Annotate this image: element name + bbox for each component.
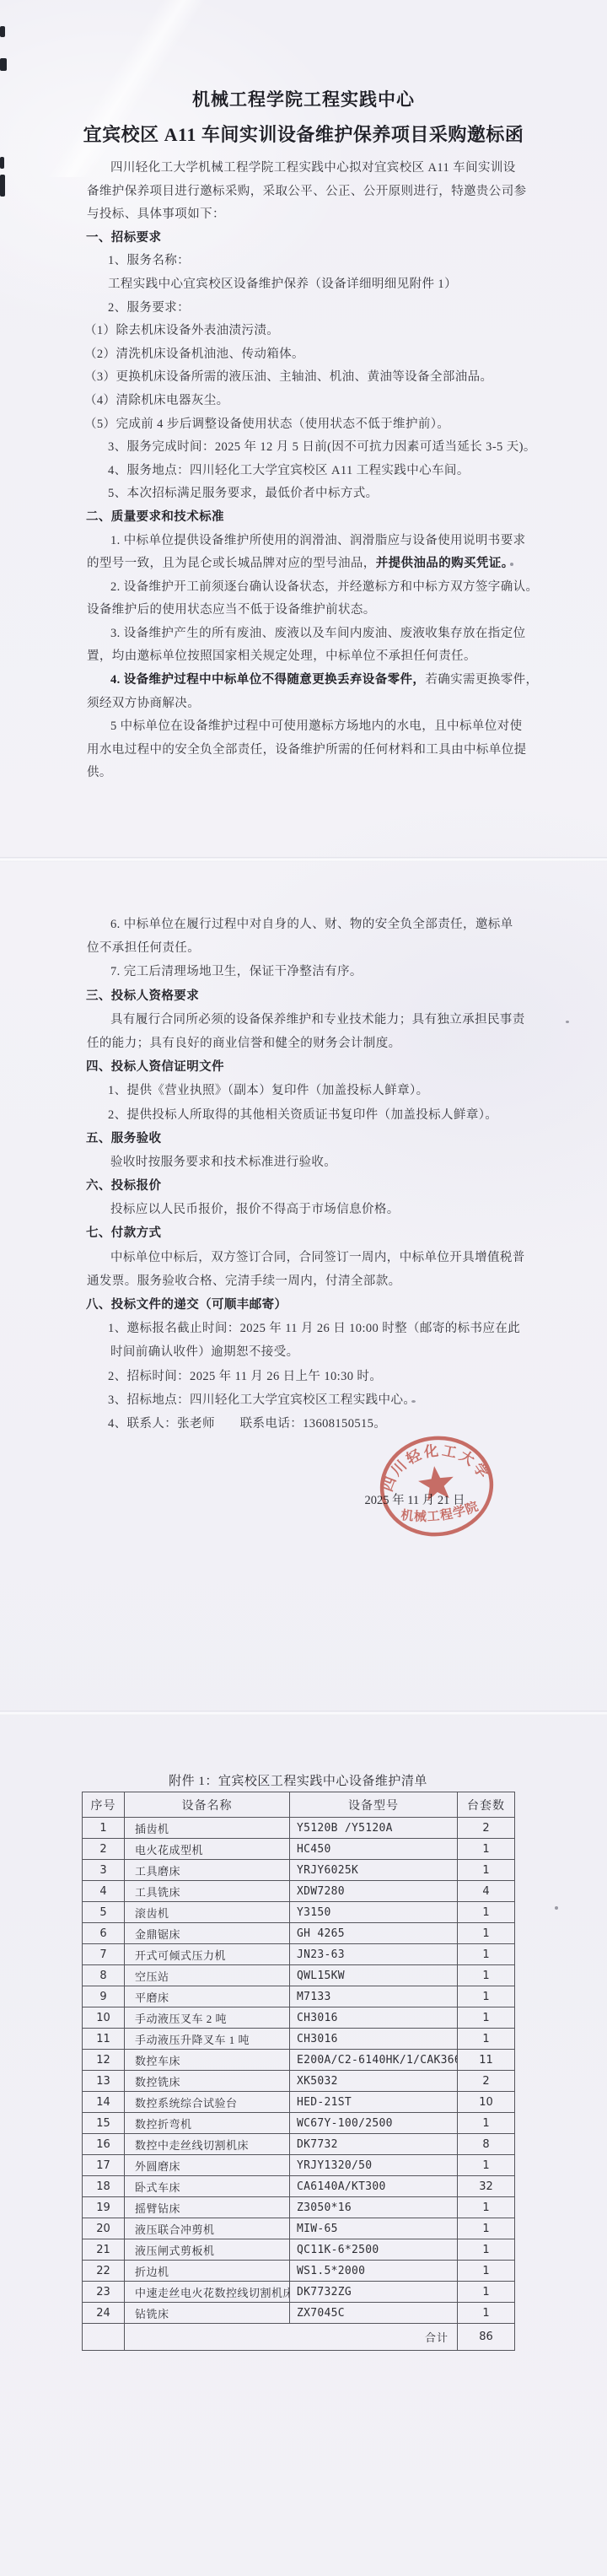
row-index-cell: 15 <box>83 2113 125 2134</box>
doc-text-segment: （2）清洗机床设备机油池、传动箱体。 <box>84 348 304 361</box>
quantity-cell: 1 <box>458 1944 515 1965</box>
equipment-name-cell: 数控系统综合试验台 <box>125 2092 290 2113</box>
quantity-cell: 8 <box>458 2134 515 2155</box>
equipment-name-cell: 摇臂钻床 <box>125 2197 290 2218</box>
doc-text-segment: 若确实需更换零件， <box>425 673 538 687</box>
quantity-cell: 1 <box>458 2218 515 2239</box>
table-row: 17外圆磨床YRJY1320/501 <box>83 2155 515 2176</box>
quantity-cell: 1 <box>458 2282 515 2303</box>
doc-line: 二、质量要求和技术标准 <box>87 506 527 530</box>
document-subtitle: 宜宾校区 A11 车间实训设备维护保养项目采购邀标函 <box>0 121 607 147</box>
total-value-cell: 86 <box>458 2324 515 2351</box>
row-index-cell: 4 <box>83 1881 125 1902</box>
doc-line: 设备维护后的使用状态应当不低于设备维护前状态。 <box>87 599 527 622</box>
document-page-3: 附件 1：宜宾校区工程实践中心设备维护清单 序号设备名称设备型号台套数 1插齿机… <box>0 1716 607 2576</box>
doc-line: 七、付款方式 <box>87 1221 527 1245</box>
doc-line: 3、招标地点：四川轻化工大学宜宾校区工程实践中心。 <box>87 1388 527 1412</box>
scan-speck <box>566 1021 569 1023</box>
doc-line: 四、投标人资信证明文件 <box>87 1055 527 1079</box>
quantity-cell: 1 <box>458 2029 515 2050</box>
doc-line: 用水电过程中的安全负全部责任，设备维护所需的任何材料和工具由中标单位提 <box>87 739 527 763</box>
scan-artifact <box>0 58 7 71</box>
seal-star-icon <box>416 1464 456 1502</box>
table-row: 23中速走丝电火花数控线切割机床DK7732ZG1 <box>83 2282 515 2303</box>
doc-text-segment: （1）除去机床设备外表油渍污渍。 <box>84 324 279 337</box>
equipment-name-cell: 数控铣床 <box>125 2071 290 2092</box>
doc-text-segment: 四川轻化工大学机械工程学院工程实践中心拟对宜宾校区 A11 车间实训设 <box>110 161 516 175</box>
quantity-cell: 1 <box>458 2007 515 2029</box>
doc-line: 5 中标单位在设备维护过程中可使用邀标方场地内的水电，且中标单位对使 <box>87 715 527 739</box>
empty-cell <box>83 2324 125 2351</box>
table-row: 8空压站QWL15KW1 <box>83 1965 515 1986</box>
doc-line: （3）更换机床设备所需的液压油、主轴油、机油、黄油等设备全部油品。 <box>87 366 527 390</box>
quantity-cell: 1 <box>458 1860 515 1881</box>
row-index-cell: 22 <box>83 2261 125 2282</box>
quantity-cell: 1 <box>458 2303 515 2324</box>
equipment-table: 序号设备名称设备型号台套数 1插齿机Y5120B /Y5120A22电火花成型机… <box>82 1792 515 2351</box>
equipment-model-cell: Y5120B /Y5120A <box>290 1818 458 1839</box>
quantity-cell: 2 <box>458 2071 515 2092</box>
equipment-name-cell: 金鼎锯床 <box>125 1923 290 1944</box>
row-index-cell: 12 <box>83 2050 125 2071</box>
doc-text-segment: 验收时按服务要求和技术标准进行验收。 <box>110 1156 336 1169</box>
row-index-cell: 16 <box>83 2134 125 2155</box>
equipment-name-cell: 外圆磨床 <box>125 2155 290 2176</box>
row-index-cell: 2 <box>83 1839 125 1860</box>
doc-text-segment: 须经双方协商解决。 <box>87 697 200 710</box>
document-page-2: 6. 中标单位在履行过程中对自身的人、财、物的安全负全部责任，邀标单位不承担任何… <box>0 862 607 1711</box>
doc-text-segment: 1、服务名称： <box>108 254 190 267</box>
doc-text-segment: 3、服务完成时间：2025 年 12 月 5 日前(因不可抗力因素可适当延长 3… <box>108 440 536 454</box>
equipment-name-cell: 数控折弯机 <box>125 2113 290 2134</box>
doc-text-segment: 1. 中标单位提供设备维护所使用的润滑油、润滑脂应与设备使用说明书要求 <box>110 534 526 547</box>
row-index-cell: 1 <box>83 1818 125 1839</box>
row-index-cell: 11 <box>83 2029 125 2050</box>
scan-speck <box>510 563 513 566</box>
doc-line: 六、投标报价 <box>87 1174 527 1198</box>
doc-text-segment: 与投标、具体事项如下： <box>87 207 225 221</box>
doc-text-segment: 工程实践中心宜宾校区设备维护保养（设备详细明细见附件 1） <box>108 278 457 291</box>
doc-text-segment: 的型号一致，且为昆仑或长城品牌对应的型号油品， <box>87 557 376 570</box>
equipment-model-cell: Z3050*16 <box>290 2197 458 2218</box>
quantity-cell: 1 <box>458 1986 515 2007</box>
doc-text-segment: 5 中标单位在设备维护过程中可使用邀标方场地内的水电，且中标单位对使 <box>110 719 522 733</box>
doc-line: 三、投标人资格要求 <box>87 984 527 1008</box>
doc-line: 4、服务地点：四川轻化工大学宜宾校区 A11 工程实践中心车间。 <box>87 460 527 483</box>
table-row: 16数控中走丝线切割机床DK77328 <box>83 2134 515 2155</box>
equipment-model-cell: GH 4265 <box>290 1923 458 1944</box>
doc-line: 2、服务要求： <box>87 297 527 321</box>
page2-body-text: 6. 中标单位在履行过程中对自身的人、财、物的安全负全部责任，邀标单位不承担任何… <box>87 913 527 1436</box>
row-index-cell: 9 <box>83 1986 125 2007</box>
table-row: 18卧式车床CA6140A/KT30032 <box>83 2176 515 2197</box>
table-row: 11手动液压升降叉车 1 吨CH30161 <box>83 2029 515 2050</box>
row-index-cell: 23 <box>83 2282 125 2303</box>
doc-line: 2. 设备维护开工前须逐台确认设备状态，并经邀标方和中标方双方签字确认。 <box>87 576 527 600</box>
equipment-model-cell: MIW-65 <box>290 2218 458 2239</box>
table-row: 13数控铣床XK50322 <box>83 2071 515 2092</box>
doc-text-segment: 2. 设备维护开工前须逐台确认设备状态，并经邀标方和中标方双方签字确认。 <box>110 580 538 594</box>
table-row: 4工具铣床XDW72804 <box>83 1881 515 1902</box>
table-row: 5滚齿机Y31501 <box>83 1902 515 1923</box>
equipment-model-cell: ZX7045C <box>290 2303 458 2324</box>
equipment-model-cell: DK7732ZG <box>290 2282 458 2303</box>
doc-text-segment: 二、质量要求和技术标准 <box>86 510 224 524</box>
doc-text-segment: 任的能力；具有良好的商业信誉和健全的财务会计制度。 <box>87 1037 401 1050</box>
doc-text-segment: 四、投标人资信证明文件 <box>86 1060 224 1074</box>
equipment-name-cell: 钻铣床 <box>125 2303 290 2324</box>
doc-line: 1、服务名称： <box>87 250 527 273</box>
doc-line: 供。 <box>87 762 527 785</box>
equipment-name-cell: 工具磨床 <box>125 1860 290 1881</box>
doc-line: （5）完成前 4 步后调整设备使用状态（使用状态不低于维护前）。 <box>87 413 527 437</box>
table-header-cell: 台套数 <box>458 1792 515 1818</box>
doc-line: 投标应以人民币报价，报价不得高于市场信息价格。 <box>87 1198 527 1221</box>
table-header-cell: 设备名称 <box>125 1792 290 1818</box>
doc-text-segment: 4、服务地点：四川轻化工大学宜宾校区 A11 工程实践中心车间。 <box>108 464 470 477</box>
doc-line: 五、服务验收 <box>87 1127 527 1151</box>
equipment-model-cell: CH3016 <box>290 2007 458 2029</box>
table-header-row: 序号设备名称设备型号台套数 <box>83 1792 515 1818</box>
table-row: 1插齿机Y5120B /Y5120A2 <box>83 1818 515 1839</box>
row-index-cell: 6 <box>83 1923 125 1944</box>
doc-text-segment: 具有履行合同所必须的设备保养维护和专业技术能力；具有独立承担民事责 <box>110 1013 525 1027</box>
equipment-model-cell: DK7732 <box>290 2134 458 2155</box>
doc-line: 一、招标要求 <box>87 227 527 251</box>
table-row: 6金鼎锯床GH 42651 <box>83 1923 515 1944</box>
equipment-name-cell: 平磨床 <box>125 1986 290 2007</box>
equipment-name-cell: 数控车床 <box>125 2050 290 2071</box>
equipment-model-cell: M7133 <box>290 1986 458 2007</box>
doc-text-segment: 4. 设备维护过程中中标单位不得随意更换丢弃设备零件， <box>110 673 425 687</box>
row-index-cell: 19 <box>83 2197 125 2218</box>
doc-line: 验收时按服务要求和技术标准进行验收。 <box>87 1151 527 1174</box>
doc-line: 通发票。服务验收合格、完清手续一周内，付清全部款。 <box>87 1269 527 1293</box>
doc-line: 3、服务完成时间：2025 年 12 月 5 日前(因不可抗力因素可适当延长 3… <box>87 436 527 460</box>
equipment-model-cell: QC11K-6*2500 <box>290 2239 458 2261</box>
doc-line: 4. 设备维护过程中中标单位不得随意更换丢弃设备零件，若确实需更换零件， <box>87 669 527 693</box>
table-row: 2电火花成型机HC4501 <box>83 1839 515 1860</box>
doc-text-segment: 通发票。服务验收合格、完清手续一周内，付清全部款。 <box>87 1275 401 1288</box>
doc-line: 的型号一致，且为昆仑或长城品牌对应的型号油品，并提供油品的购买凭证。 <box>87 552 527 576</box>
doc-line: 备维护保养项目进行邀标采购，采取公平、公正、公开原则进行，特邀贵公司参 <box>87 181 527 204</box>
doc-text-segment: 六、投标报价 <box>86 1179 161 1193</box>
doc-line: 1、邀标报名截止时间：2025 年 11 月 26 日 10:00 时整（邮寄的… <box>87 1317 527 1340</box>
row-index-cell: 18 <box>83 2176 125 2197</box>
doc-line: 置，均由邀标单位按照国家相关规定处理，中标单位不承担任何责任。 <box>87 645 527 669</box>
attachment-title: 附件 1：宜宾校区工程实践中心设备维护清单 <box>82 1771 514 1789</box>
table-row: 14数控系统综合试验台HED-21ST10 <box>83 2092 515 2113</box>
doc-line: 3. 设备维护产生的所有废油、废液以及车间内废油、废液收集存放在指定位 <box>87 622 527 646</box>
doc-text-segment: 5、本次招标满足服务要求，最低价者中标方式。 <box>108 487 379 500</box>
total-label-cell: 合计 <box>125 2324 458 2351</box>
doc-line: 中标单位中标后，双方签订合同，合同签订一周内，中标单位开具增值税普 <box>87 1246 527 1269</box>
table-header-cell: 设备型号 <box>290 1792 458 1818</box>
table-row: 21液压闸式剪板机QC11K-6*25001 <box>83 2239 515 2261</box>
doc-line: 7. 完工后清理场地卫生，保证干净整洁有序。 <box>87 960 527 984</box>
table-row: 3工具磨床YRJY6025K1 <box>83 1860 515 1881</box>
equipment-name-cell: 手动液压升降叉车 1 吨 <box>125 2029 290 2050</box>
equipment-model-cell: XK5032 <box>290 2071 458 2092</box>
equipment-name-cell: 滚齿机 <box>125 1902 290 1923</box>
row-index-cell: 20 <box>83 2218 125 2239</box>
doc-line: 位不承担任何责任。 <box>87 936 527 960</box>
doc-line: （4）清除机床电器灰尘。 <box>87 390 527 413</box>
doc-line: 工程实践中心宜宾校区设备维护保养（设备详细明细见附件 1） <box>87 273 527 297</box>
quantity-cell: 2 <box>458 1818 515 1839</box>
equipment-model-cell: Y3150 <box>290 1902 458 1923</box>
equipment-name-cell: 中速走丝电火花数控线切割机床 <box>125 2282 290 2303</box>
doc-text-segment: 3、招标地点：四川轻化工大学宜宾校区工程实践中心。 <box>108 1393 416 1407</box>
scan-speck <box>411 1400 416 1403</box>
doc-text-segment: 一、招标要求 <box>86 231 161 245</box>
equipment-name-cell: 插齿机 <box>125 1818 290 1839</box>
row-index-cell: 13 <box>83 2071 125 2092</box>
doc-line: 任的能力；具有良好的商业信誉和健全的财务会计制度。 <box>87 1032 527 1055</box>
equipment-model-cell: QWL15KW <box>290 1965 458 1986</box>
row-index-cell: 24 <box>83 2303 125 2324</box>
doc-text-segment: 五、服务验收 <box>86 1132 161 1145</box>
doc-line: 时间前确认收件）逾期恕不接受。 <box>87 1340 527 1364</box>
quantity-cell: 1 <box>458 1923 515 1944</box>
quantity-cell: 1 <box>458 2261 515 2282</box>
quantity-cell: 32 <box>458 2176 515 2197</box>
doc-line: 1. 中标单位提供设备维护所使用的润滑油、润滑脂应与设备使用说明书要求 <box>87 530 527 553</box>
official-seal: 四川轻化工大学 机械工程学院 <box>376 1433 497 1539</box>
doc-line: 四川轻化工大学机械工程学院工程实践中心拟对宜宾校区 A11 车间实训设 <box>87 157 527 181</box>
doc-text-segment: （5）完成前 4 步后调整设备使用状态（使用状态不低于维护前）。 <box>84 418 449 431</box>
equipment-model-cell: YRJY1320/50 <box>290 2155 458 2176</box>
doc-text-segment: 并提供油品的购买凭证。 <box>376 557 514 570</box>
row-index-cell: 3 <box>83 1860 125 1881</box>
doc-text-segment: 时间前确认收件）逾期恕不接受。 <box>110 1345 299 1359</box>
quantity-cell: 11 <box>458 2050 515 2071</box>
doc-line: （2）清洗机床设备机油池、传动箱体。 <box>87 343 527 367</box>
scan-artifact <box>0 26 5 37</box>
doc-line: 须经双方协商解决。 <box>87 693 527 716</box>
equipment-model-cell: HC450 <box>290 1839 458 1860</box>
doc-text-segment: 供。 <box>87 766 112 779</box>
quantity-cell: 1 <box>458 2155 515 2176</box>
doc-line: 1、提供《营业执照》（副本）复印件（加盖投标人鲜章）。 <box>87 1079 527 1102</box>
quantity-cell: 1 <box>458 1902 515 1923</box>
doc-text-segment: 位不承担任何责任。 <box>87 941 200 955</box>
equipment-name-cell: 工具铣床 <box>125 1881 290 1902</box>
equipment-name-cell: 卧式车床 <box>125 2176 290 2197</box>
quantity-cell: 1 <box>458 2239 515 2261</box>
doc-text-segment: 用水电过程中的安全负全部责任，设备维护所需的任何材料和工具由中标单位提 <box>87 743 527 757</box>
table-row: 9平磨床M71331 <box>83 1986 515 2007</box>
row-index-cell: 8 <box>83 1965 125 1986</box>
quantity-cell: 1 <box>458 1965 515 1986</box>
equipment-name-cell: 手动液压叉车 2 吨 <box>125 2007 290 2029</box>
equipment-model-cell: JN23-63 <box>290 1944 458 1965</box>
equipment-model-cell: WC67Y-100/2500 <box>290 2113 458 2134</box>
table-row: 7开式可倾式压力机JN23-631 <box>83 1944 515 1965</box>
doc-text-segment: 7. 完工后清理场地卫生，保证干净整洁有序。 <box>110 965 363 978</box>
doc-line: 6. 中标单位在履行过程中对自身的人、财、物的安全负全部责任，邀标单 <box>87 913 527 936</box>
doc-text-segment: （4）清除机床电器灰尘。 <box>84 394 229 407</box>
quantity-cell: 1 <box>458 1839 515 1860</box>
doc-line: 2、招标时间：2025 年 11 月 26 日上午 10:30 时。 <box>87 1365 527 1388</box>
doc-text-segment: 2、服务要求： <box>108 301 190 315</box>
table-row: 19摇臂钻床Z3050*161 <box>83 2197 515 2218</box>
equipment-model-cell: CH3016 <box>290 2029 458 2050</box>
doc-text-segment: 6. 中标单位在履行过程中对自身的人、财、物的安全负全部责任，邀标单 <box>110 918 513 931</box>
document-page-1: 机械工程学院工程实践中心 宜宾校区 A11 车间实训设备维护保养项目采购邀标函 … <box>0 0 607 857</box>
doc-line: 与投标、具体事项如下： <box>87 203 527 227</box>
equipment-model-cell: XDW7280 <box>290 1881 458 1902</box>
equipment-name-cell: 液压闸式剪板机 <box>125 2239 290 2261</box>
table-row: 10手动液压叉车 2 吨CH30161 <box>83 2007 515 2029</box>
quantity-cell: 10 <box>458 2092 515 2113</box>
doc-text-segment: 2、提供投标人所取得的其他相关资质证书复印件（加盖投标人鲜章）。 <box>108 1108 497 1122</box>
doc-text-segment: （3）更换机床设备所需的液压油、主轴油、机油、黄油等设备全部油品。 <box>84 370 492 384</box>
doc-text-segment: 设备维护后的使用状态应当不低于设备维护前状态。 <box>87 603 376 617</box>
doc-line: 5、本次招标满足服务要求，最低价者中标方式。 <box>87 482 527 506</box>
doc-text-segment: 4、联系人：张老师 联系电话：13608150515。 <box>108 1417 386 1431</box>
doc-line: 4、联系人：张老师 联系电话：13608150515。 <box>87 1412 527 1436</box>
doc-text-segment: 1、提供《营业执照》（副本）复印件（加盖投标人鲜章）。 <box>108 1084 429 1097</box>
table-row: 24钻铣床ZX7045C1 <box>83 2303 515 2324</box>
table-total-row: 合计86 <box>83 2324 515 2351</box>
doc-text-segment: 置，均由邀标单位按照国家相关规定处理，中标单位不承担任何责任。 <box>87 649 476 663</box>
equipment-model-cell: E200A/C2-6140HK/1/CAK3665 <box>290 2050 458 2071</box>
equipment-model-cell: CA6140A/KT300 <box>290 2176 458 2197</box>
table-row: 15数控折弯机WC67Y-100/25001 <box>83 2113 515 2134</box>
row-index-cell: 7 <box>83 1944 125 1965</box>
table-row: 12数控车床E200A/C2-6140HK/1/CAK366511 <box>83 2050 515 2071</box>
doc-text-segment: 投标应以人民币报价，报价不得高于市场信息价格。 <box>110 1203 400 1216</box>
doc-line: 2、提供投标人所取得的其他相关资质证书复印件（加盖投标人鲜章）。 <box>87 1103 527 1127</box>
doc-text-segment: 中标单位中标后，双方签订合同，合同签订一周内，中标单位开具增值税普 <box>110 1251 525 1264</box>
equipment-name-cell: 折边机 <box>125 2261 290 2282</box>
equipment-name-cell: 开式可倾式压力机 <box>125 1944 290 1965</box>
page1-body-text: 四川轻化工大学机械工程学院工程实践中心拟对宜宾校区 A11 车间实训设备维护保养… <box>87 157 527 785</box>
doc-text-segment: 2、招标时间：2025 年 11 月 26 日上午 10:30 时。 <box>108 1370 382 1383</box>
document-title: 机械工程学院工程实践中心 <box>0 86 607 111</box>
table-row: 20液压联合冲剪机MIW-651 <box>83 2218 515 2239</box>
table-row: 22折边机WS1.5*20001 <box>83 2261 515 2282</box>
scan-artifact <box>0 157 4 169</box>
equipment-model-cell: HED-21ST <box>290 2092 458 2113</box>
doc-text-segment: 3. 设备维护产生的所有废油、废液以及车间内废油、废液收集存放在指定位 <box>110 627 526 640</box>
doc-text-segment: 1、邀标报名截止时间：2025 年 11 月 26 日 10:00 时整（邮寄的… <box>108 1322 520 1335</box>
doc-line: （1）除去机床设备外表油渍污渍。 <box>87 320 527 343</box>
row-index-cell: 10 <box>83 2007 125 2029</box>
quantity-cell: 4 <box>458 1881 515 1902</box>
quantity-cell: 1 <box>458 2197 515 2218</box>
row-index-cell: 17 <box>83 2155 125 2176</box>
row-index-cell: 5 <box>83 1902 125 1923</box>
row-index-cell: 14 <box>83 2092 125 2113</box>
doc-text-segment: 三、投标人资格要求 <box>86 989 199 1003</box>
table-header-cell: 序号 <box>83 1792 125 1818</box>
quantity-cell: 1 <box>458 2113 515 2134</box>
row-index-cell: 21 <box>83 2239 125 2261</box>
doc-text-segment: 备维护保养项目进行邀标采购，采取公平、公正、公开原则进行，特邀贵公司参 <box>87 185 527 198</box>
doc-line: 具有履行合同所必须的设备保养维护和专业技术能力；具有独立承担民事责 <box>87 1008 527 1032</box>
equipment-name-cell: 空压站 <box>125 1965 290 1986</box>
equipment-model-cell: YRJY6025K <box>290 1860 458 1881</box>
scanned-document: 机械工程学院工程实践中心 宜宾校区 A11 车间实训设备维护保养项目采购邀标函 … <box>0 0 607 2576</box>
doc-text-segment: 八、投标文件的递交（可顺丰邮寄） <box>86 1298 287 1312</box>
doc-line: 八、投标文件的递交（可顺丰邮寄） <box>87 1293 527 1317</box>
equipment-name-cell: 数控中走丝线切割机床 <box>125 2134 290 2155</box>
equipment-name-cell: 电火花成型机 <box>125 1839 290 1860</box>
scan-speck <box>555 1906 558 1910</box>
doc-text-segment: 七、付款方式 <box>86 1226 161 1240</box>
equipment-name-cell: 液压联合冲剪机 <box>125 2218 290 2239</box>
scan-artifact <box>0 175 5 197</box>
equipment-model-cell: WS1.5*2000 <box>290 2261 458 2282</box>
